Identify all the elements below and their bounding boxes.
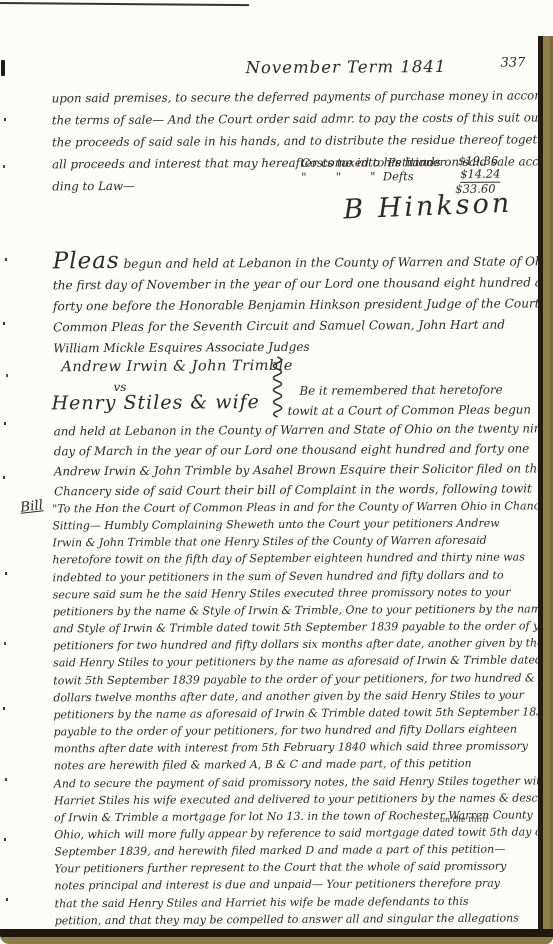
costs-taxed-block: Costs taxed to Petitioner " " " Defts [301,156,445,184]
bill-of-complaint-text: "To the Hon the Court of Common Pleas in… [52,497,553,929]
costs-petitioner-label: Costs taxed to Petitioner [301,156,445,170]
judge-signature: B Hinkson [343,188,513,226]
opening-line: Common Pleas for the Seventh Circuit and… [53,314,553,338]
costs-defendants-amount: $14.24 [460,167,500,183]
caption-plaintiffs: Andrew Irwin & John Trimble [61,358,293,375]
interlineation-note: on the third [440,815,488,824]
scanned-court-record-page: November Term 1841 337 upon said premise… [0,0,553,944]
caption-brace-squiggle [265,356,285,418]
opening-line: forty one before the Honorable Benjamin … [53,293,553,317]
scan-backdrop-right [536,36,553,944]
opening-line: begun and held at Lebanon in the County … [120,254,553,271]
margin-note-bill: Bill [19,497,44,515]
bill-line: notes principal and interest is due and … [54,875,553,895]
opening-line: William Mickle Esquires Associate Judges [53,335,553,359]
record-intro-paragraph: and held at Lebanon in the County of War… [54,418,553,501]
page-number: 337 [500,55,525,70]
scan-backdrop-bottom [0,927,553,944]
handwritten-text-layer: November Term 1841 337 upon said premise… [0,0,553,944]
record-intro-line-1: Be it remembered that heretofore [299,380,502,401]
pleas-drop-cap: Pleas [53,248,120,274]
order-line: the terms of sale— And the Court order s… [52,106,553,131]
caption-defendants: Henry Stiles & wife [52,391,260,414]
term-heading: November Term 1841 [245,57,446,77]
costs-defendants-label: " " " Defts [301,169,445,183]
bill-line: months after date with interest from 5th… [54,737,553,757]
opening-line: the first day of November in the year of… [53,272,553,296]
session-opening-paragraph: Pleas begun and held at Lebanon in the C… [53,248,553,359]
order-line: the proceeds of said sale in his hands, … [52,128,553,153]
order-line: upon said premises, to secure the deferr… [52,84,553,109]
